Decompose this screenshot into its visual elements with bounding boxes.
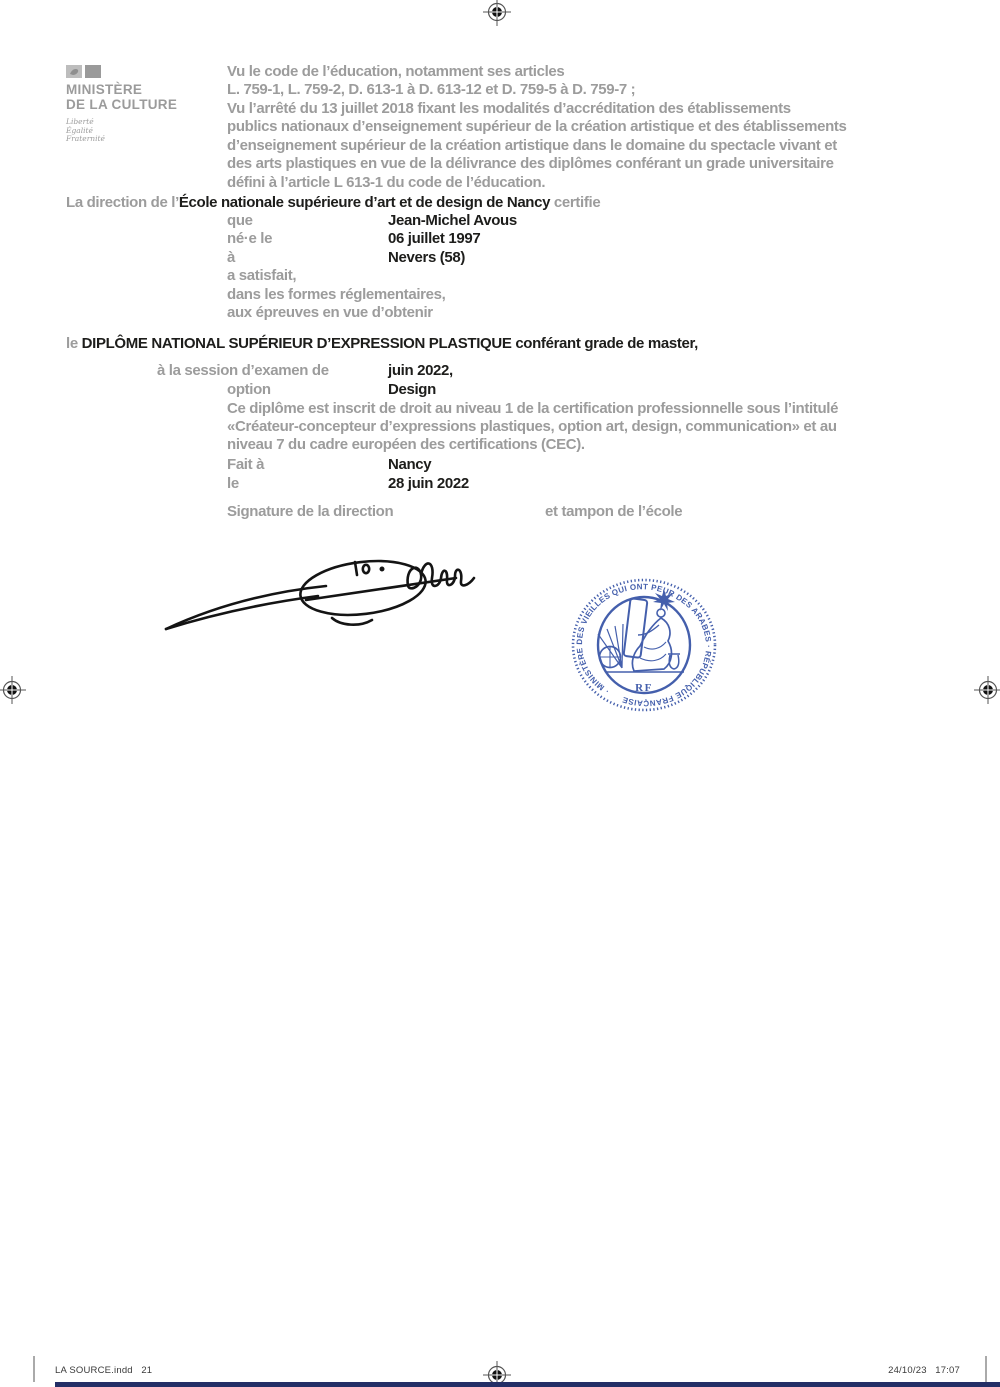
registration-mark-top-icon <box>483 0 511 26</box>
issue-date: 28 juin 2022 <box>388 475 469 493</box>
school-name: École nationale supérieure d’art et de d… <box>179 194 550 211</box>
option-value: Design <box>388 381 436 399</box>
ministry-name-line1: MINISTÈRE <box>66 83 226 98</box>
stamp-caption: et tampon de l’école <box>545 503 682 521</box>
french-flag-icon <box>66 65 226 78</box>
legal-line: Vu le code de l’éducation, notamment ses… <box>227 63 847 81</box>
handwritten-signature <box>158 540 480 636</box>
legal-preamble: Vu le code de l’éducation, notamment ses… <box>227 63 847 192</box>
certification-line: Ce diplôme est inscrit de droit au nivea… <box>227 400 838 418</box>
label-a-satisfait: a satisfait, <box>227 267 445 285</box>
footer-file-slug: LA SOURCE.indd 21 <box>55 1365 152 1376</box>
session-label: à la session d’examen de <box>157 362 329 380</box>
recipient-birthdate: 06 juillet 1997 <box>388 230 517 248</box>
recipient-birthplace: Nevers (58) <box>388 249 517 267</box>
motto-fraternite: Fraternité <box>66 135 226 144</box>
stamp-rf-monogram: RF <box>635 682 653 694</box>
direction-prefix: La direction de l’ <box>66 194 179 211</box>
signature-caption: Signature de la direction <box>227 503 393 521</box>
diploma-prefix: le <box>66 335 82 352</box>
legal-line: des arts plastiques en vue de la délivra… <box>227 155 847 173</box>
footer-time: 17:07 <box>935 1365 960 1376</box>
certification-line: niveau 7 du cadre européen des certifica… <box>227 436 838 454</box>
footer-file-name: LA SOURCE.indd <box>55 1365 133 1376</box>
legal-line: d’enseignement supérieur de la création … <box>227 137 847 155</box>
diploma-title-line: le DIPLÔME NATIONAL SUPÉRIEUR D’EXPRESSI… <box>66 335 698 353</box>
crop-mark-right <box>985 1356 987 1382</box>
legal-line: L. 759-1, L. 759-2, D. 613-1 à D. 613-12… <box>227 81 847 99</box>
diploma-suffix: conférant grade de master, <box>512 335 698 352</box>
recipient-values: Jean-Michel Avous 06 juillet 1997 Nevers… <box>388 212 517 267</box>
direction-suffix: certifie <box>550 194 600 211</box>
direction-line: La direction de l’École nationale supéri… <box>66 194 600 212</box>
footer-date: 24/10/23 <box>888 1365 927 1376</box>
registration-mark-right-icon <box>974 676 1000 704</box>
option-label: option <box>227 381 271 399</box>
issue-place-label: Fait à <box>227 456 264 474</box>
issue-date-label: le <box>227 475 239 493</box>
session-value: juin 2022, <box>388 362 453 380</box>
footer-datetime-slug: 24/10/23 17:07 <box>888 1365 960 1376</box>
issue-place: Nancy <box>388 456 431 474</box>
legal-line: défini à l’article L 613-1 du code de l’… <box>227 174 847 192</box>
diploma-page: { "colors": { "gray_text": "#9c9c9c", "b… <box>0 0 1000 1387</box>
label-epreuves: aux épreuves en vue d’obtenir <box>227 304 445 322</box>
certification-line: «Créateur-concepteur d’expressions plast… <box>227 418 838 436</box>
crop-mark-left <box>33 1356 35 1382</box>
footer-page-number: 21 <box>141 1365 152 1376</box>
recipient-name: Jean-Michel Avous <box>388 212 517 230</box>
label-formes-reglementaires: dans les formes réglementaires, <box>227 286 445 304</box>
certification-paragraph: Ce diplôme est inscrit de droit au nivea… <box>227 400 838 455</box>
school-stamp-seal: · MINISTÈRE DES VIEILLES QUI ONT PEUR DE… <box>564 572 724 718</box>
ministry-logo: MINISTÈRE DE LA CULTURE Liberté Égalité … <box>66 65 226 144</box>
ministry-name-line2: DE LA CULTURE <box>66 98 226 113</box>
legal-line: publics nationaux d’enseignement supérie… <box>227 118 847 136</box>
print-color-bar <box>55 1382 1000 1387</box>
diploma-title: DIPLÔME NATIONAL SUPÉRIEUR D’EXPRESSION … <box>82 335 512 352</box>
registration-mark-left-icon <box>0 676 26 704</box>
legal-line: Vu l’arrêté du 13 juillet 2018 fixant le… <box>227 100 847 118</box>
